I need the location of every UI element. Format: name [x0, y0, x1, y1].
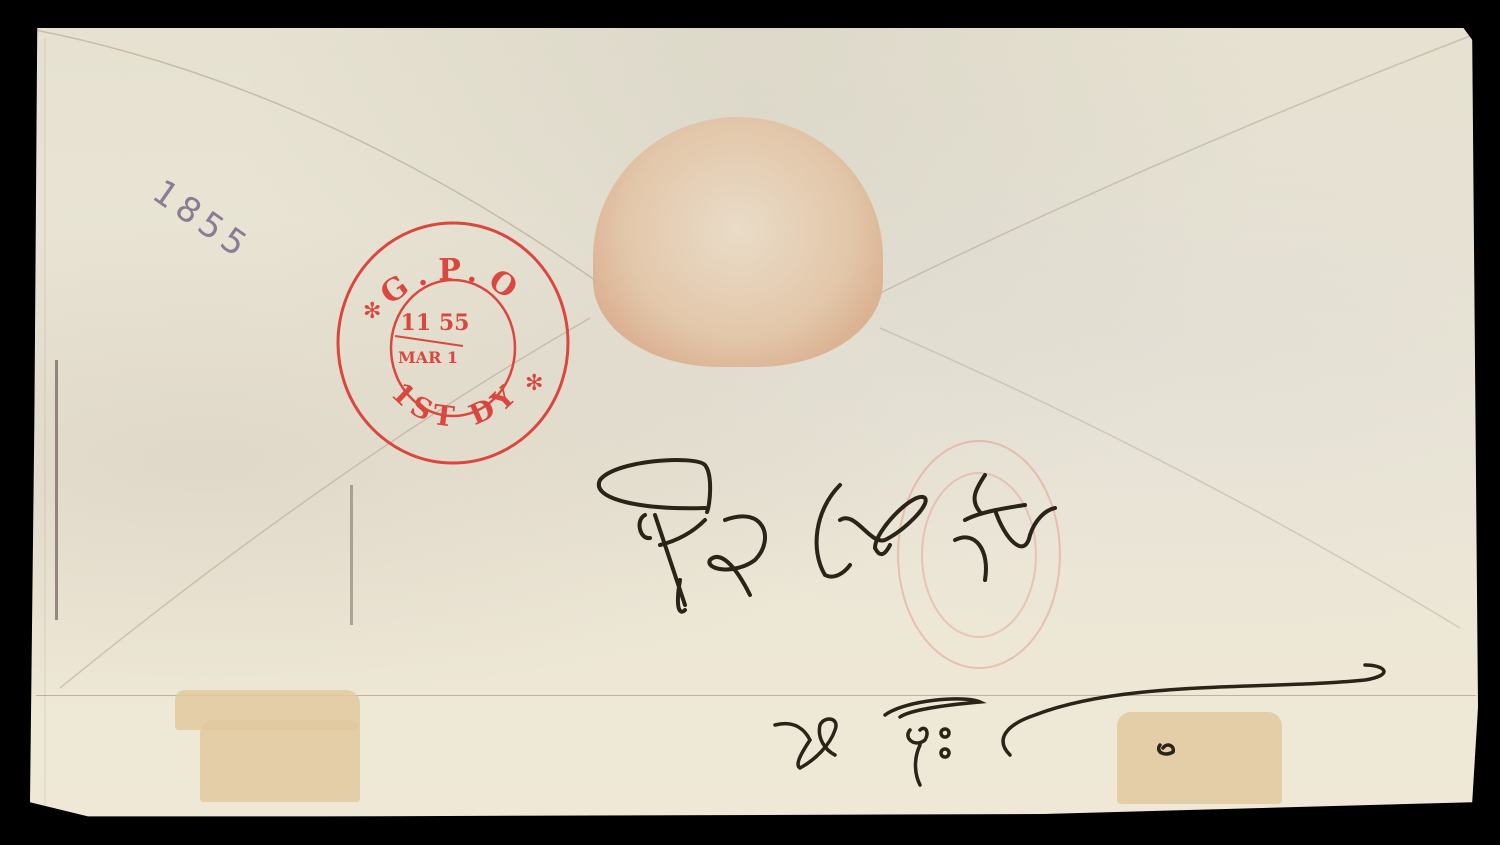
gpo-postmark: G.P.O 1ST DY 11 55 MAR 1 ✻ ✻ [333, 218, 573, 468]
bengali-numerals-strokes [745, 660, 1395, 790]
postmark-ornament-left: ✻ [363, 299, 381, 324]
postmark-inner-line-1: 11 55 [401, 310, 470, 336]
left-ink-mark [55, 360, 58, 620]
center-left-ink-mark [350, 485, 353, 625]
handwriting-line-2: Bengali script with numerals [745, 660, 1395, 794]
svg-text:1ST DY: 1ST DY [385, 376, 526, 435]
svg-text:G.P.O: G.P.O [374, 253, 531, 312]
hinge-tape-left [200, 720, 360, 802]
postmark-ornament-right: ✻ [525, 371, 543, 396]
handwriting-line-1: Bengali script address line [585, 450, 1055, 634]
postmark-top-text: G.P.O [374, 253, 531, 312]
postmark-inner-line-2: MAR 1 [398, 348, 458, 367]
postmark-bottom-text: 1ST DY [385, 376, 526, 435]
bengali-script-strokes [585, 450, 1055, 630]
